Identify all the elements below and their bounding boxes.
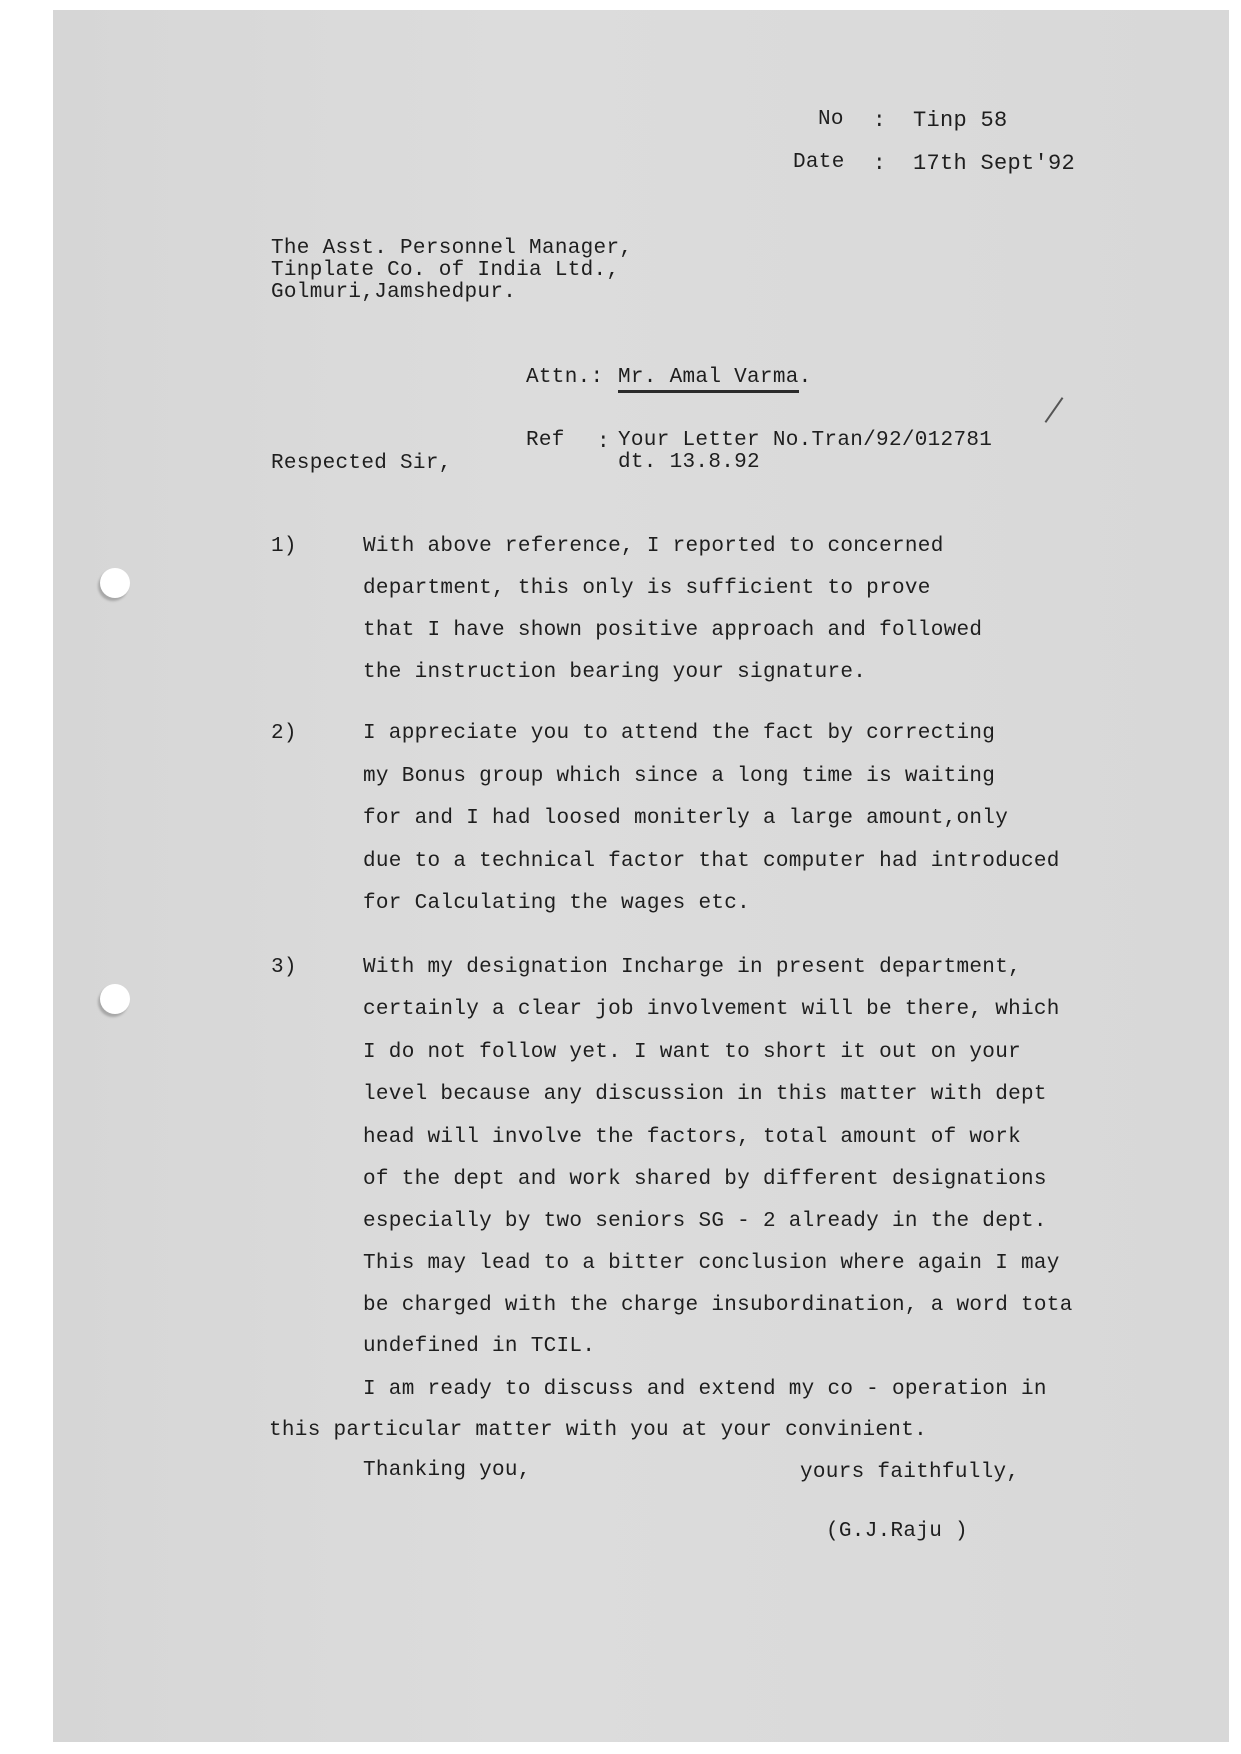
reference-line-1: Your Letter No.Tran/92/012781: [618, 429, 992, 452]
date-label: Date: [793, 151, 845, 174]
attention-label: Attn.:: [526, 366, 603, 389]
paragraph-number: 1): [271, 535, 297, 558]
paragraph-line: I do not follow yet. I want to short it …: [363, 1041, 1021, 1064]
valediction: yours faithfully,: [800, 1461, 1019, 1484]
paragraph-line: my Bonus group which since a long time i…: [363, 765, 995, 788]
closing-line-2: this particular matter with you at your …: [269, 1419, 927, 1442]
thanking-line: Thanking you,: [363, 1459, 531, 1482]
salutation: Respected Sir,: [271, 452, 452, 475]
paragraph-line: for Calculating the wages etc.: [363, 892, 750, 915]
paragraph-line: due to a technical factor that computer …: [363, 850, 1060, 873]
date-value: 17th Sept'92: [913, 151, 1075, 176]
paragraph-line: This may lead to a bitter conclusion whe…: [363, 1252, 1060, 1275]
paragraph-line: especially by two seniors SG - 2 already…: [363, 1210, 1047, 1233]
addressee-line-1: The Asst. Personnel Manager,: [271, 238, 632, 260]
signature-name: (G.J.Raju ): [826, 1520, 968, 1543]
paragraph-line: for and I had loosed moniterly a large a…: [363, 807, 1008, 830]
paragraph-line: the instruction bearing your signature.: [363, 661, 866, 684]
reference-line-2: dt. 13.8.92: [618, 451, 760, 474]
paragraph-line: With my designation Incharge in present …: [363, 956, 1021, 979]
attention-line: Mr. Amal Varma.: [618, 366, 812, 389]
reference-label: Ref: [526, 429, 565, 452]
paragraph-number: 3): [271, 956, 297, 979]
paragraph-line: I appreciate you to attend the fact by c…: [363, 722, 995, 745]
punch-hole: [100, 984, 130, 1014]
reference-sep: :: [597, 431, 610, 454]
ref-number-label: No: [818, 108, 844, 131]
date-sep: :: [873, 153, 886, 176]
paragraph-line: head will involve the factors, total amo…: [363, 1126, 1021, 1149]
attention-name: Mr. Amal Varma: [618, 366, 799, 393]
pen-mark: [1045, 397, 1064, 423]
paragraph-line: level because any discussion in this mat…: [363, 1083, 1047, 1106]
paragraph-line: undefined in TCIL.: [363, 1335, 595, 1358]
paragraph-number: 2): [271, 722, 297, 745]
paragraph-line: department, this only is sufficient to p…: [363, 577, 931, 600]
paragraph-line: certainly a clear job involvement will b…: [363, 998, 1060, 1021]
letter-page: [53, 10, 1229, 1742]
paragraph-line: of the dept and work shared by different…: [363, 1168, 1047, 1191]
attention-end: .: [799, 366, 812, 389]
paragraph-line: that I have shown positive approach and …: [363, 619, 982, 642]
ref-number-sep: :: [873, 110, 886, 133]
punch-hole: [100, 568, 130, 598]
ref-number-value: Tinp 58: [913, 108, 1008, 133]
paragraph-line: be charged with the charge insubordinati…: [363, 1294, 1073, 1317]
addressee-line-3: Golmuri,Jamshedpur.: [271, 282, 516, 304]
closing-line-1: I am ready to discuss and extend my co -…: [363, 1378, 1047, 1401]
paragraph-line: With above reference, I reported to conc…: [363, 535, 944, 558]
addressee-line-2: Tinplate Co. of India Ltd.,: [271, 260, 619, 282]
